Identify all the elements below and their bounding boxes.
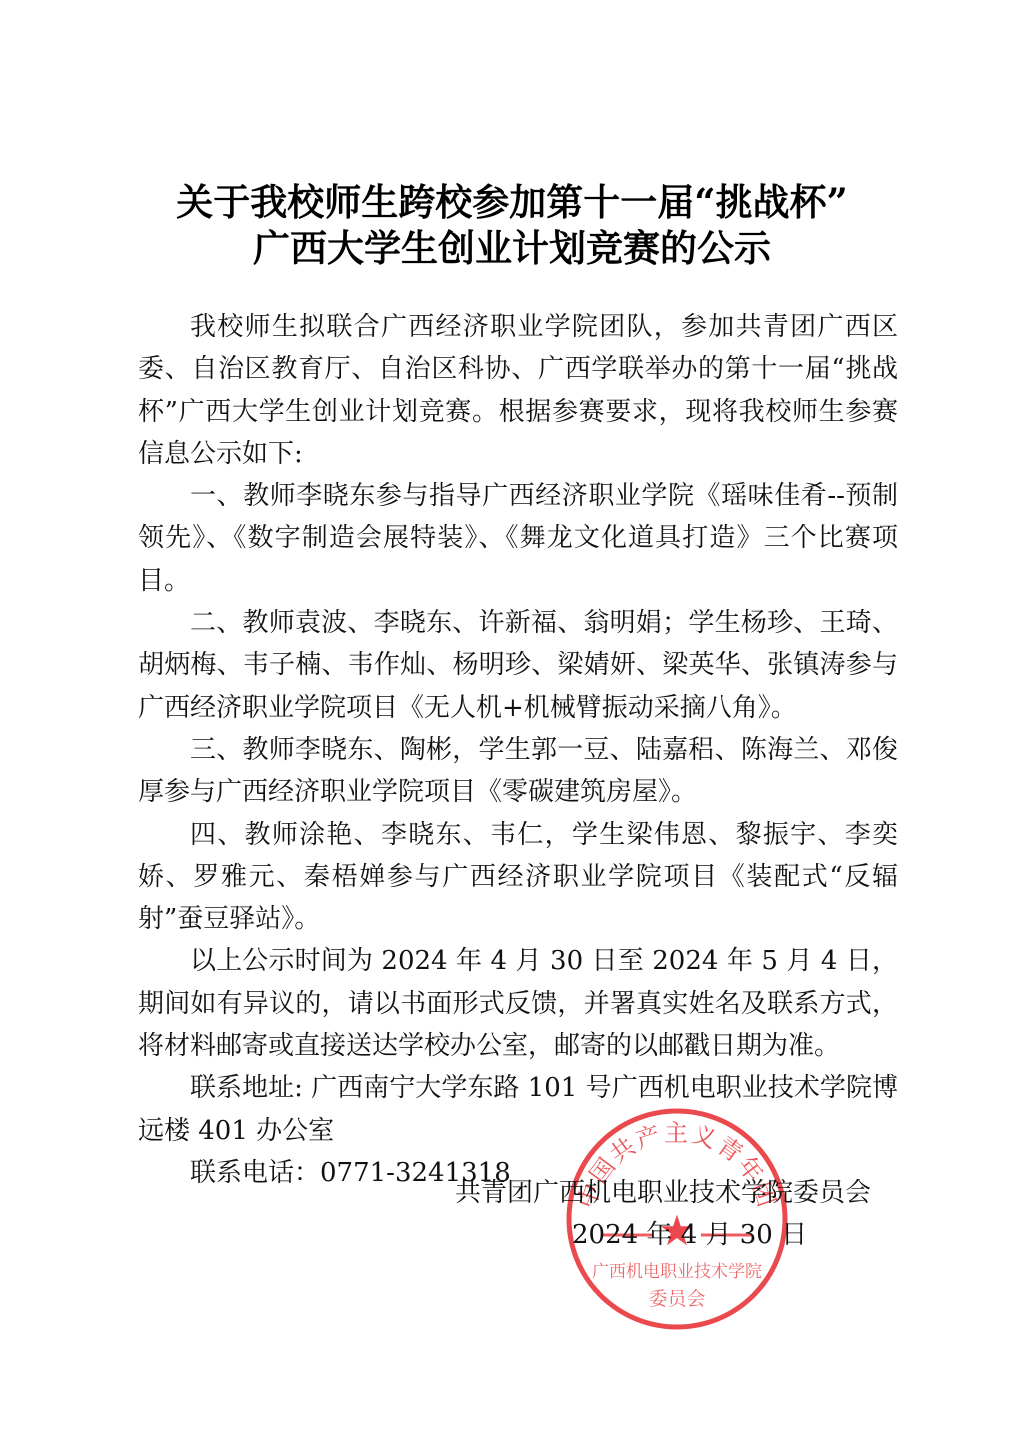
item-4-paragraph: 四、教师涂艳、李晓东、韦仁，学生梁伟恩、黎振宇、李奕娇、罗雅元、秦梧婵参与广西经… bbox=[138, 814, 898, 941]
notice-period-paragraph: 以上公示时间为 2024 年 4 月 30 日至 2024 年 5 月 4 日，… bbox=[138, 940, 898, 1067]
signature-date: 2024 年 4 月 30 日 bbox=[572, 1214, 807, 1251]
intro-paragraph: 我校师生拟联合广西经济职业学院团队，参加共青团广西区委、自治区教育厅、自治区科协… bbox=[138, 306, 898, 475]
document-body: 我校师生拟联合广西经济职业学院团队，参加共青团广西区委、自治区教育厅、自治区科协… bbox=[138, 306, 898, 1194]
document-title-line-1: 关于我校师生跨校参加第十一届“挑战杯” bbox=[0, 178, 1024, 226]
document-title-line-2: 广西大学生创业计划竞赛的公示 bbox=[0, 224, 1024, 272]
item-3-paragraph: 三、教师李晓东、陶彬，学生郭一豆、陆嘉稆、陈海兰、邓俊厚参与广西经济职业学院项目… bbox=[138, 729, 898, 814]
stamp-inner-text-1: 广西机电职业技术学院 bbox=[592, 1262, 762, 1282]
stamp-inner-text-2: 委员会 bbox=[648, 1288, 705, 1310]
item-1-paragraph: 一、教师李晓东参与指导广西经济职业学院《瑶味佳肴--预制领先》、《数字制造会展特… bbox=[138, 475, 898, 602]
signature-organization: 共青团广西机电职业技术学院委员会 bbox=[455, 1172, 871, 1209]
document-page: 关于我校师生跨校参加第十一届“挑战杯” 广西大学生创业计划竞赛的公示 我校师生拟… bbox=[0, 0, 1024, 1448]
item-2-paragraph: 二、教师袁波、李晓东、许新福、翁明娟；学生杨珍、王琦、胡炳梅、韦子楠、韦作灿、杨… bbox=[138, 602, 898, 729]
